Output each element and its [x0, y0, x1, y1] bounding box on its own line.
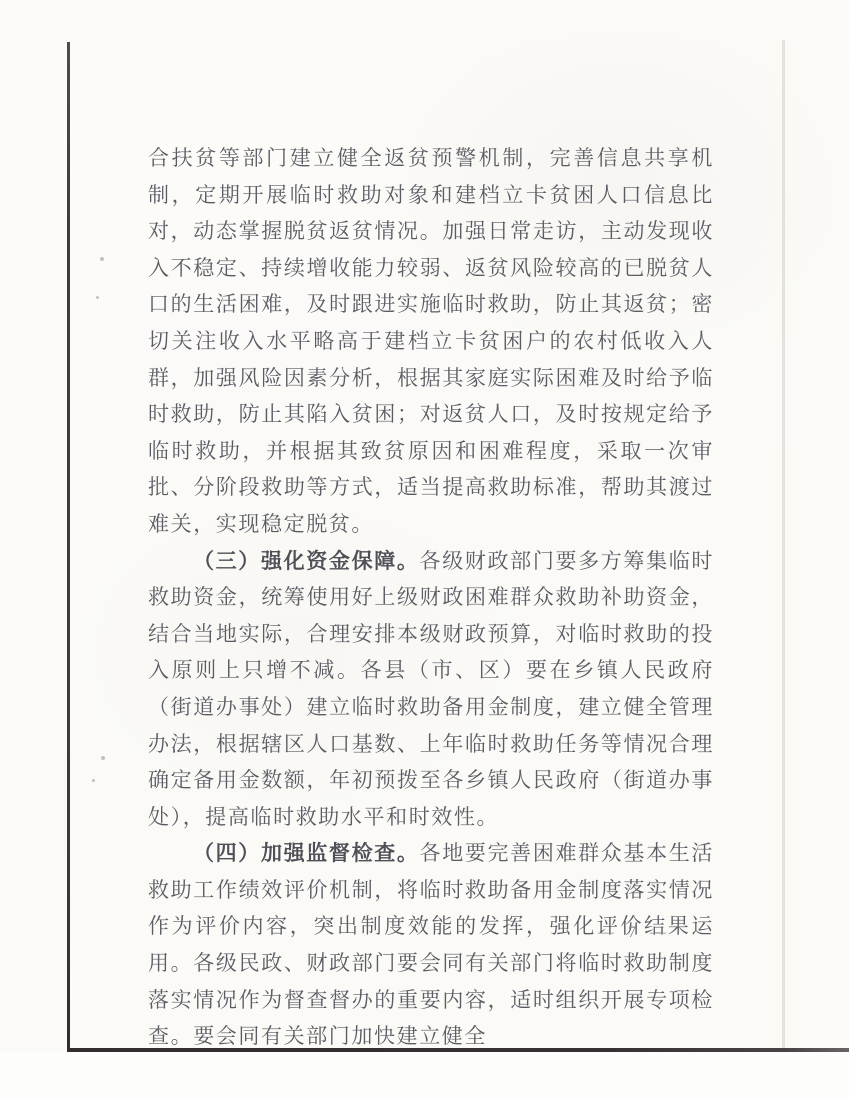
- scan-speck: [100, 257, 104, 261]
- section-4-heading: （四）加强监督检查。: [193, 841, 420, 865]
- page-right-edge-line: [782, 40, 785, 1048]
- document-page: 合扶贫等部门建立健全返贫预警机制，完善信息共享机制，定期开展临时救助对象和建档立…: [0, 0, 849, 1100]
- scan-speck: [101, 756, 105, 760]
- page-number: — 7 —: [598, 924, 758, 942]
- scan-speck: [92, 779, 95, 782]
- section-3-heading: （三）强化资金保障。: [193, 549, 420, 573]
- page-left-edge-line: [67, 42, 70, 1052]
- document-body-text: 合扶贫等部门建立健全返贫预警机制，完善信息共享机制，定期开展临时救助对象和建档立…: [148, 140, 714, 1055]
- paragraph-continuation: 合扶贫等部门建立健全返贫预警机制，完善信息共享机制，定期开展临时救助对象和建档立…: [148, 140, 714, 543]
- scan-speck: [96, 296, 99, 299]
- paragraph-section-4: （四）加强监督检查。各地要完善困难群众基本生活救助工作绩效评价机制，将临时救助备…: [148, 835, 714, 1055]
- paragraph-text: 合扶贫等部门建立健全返贫预警机制，完善信息共享机制，定期开展临时救助对象和建档立…: [148, 146, 714, 536]
- paragraph-text: 各地要完善困难群众基本生活救助工作绩效评价机制，将临时救助备用金制度落实情况作为…: [148, 841, 714, 1048]
- scan-background: [0, 1052, 849, 1100]
- paragraph-text: 各级财政部门要多方筹集临时救助资金，统筹使用好上级财政困难群众救助补助资金，结合…: [148, 549, 714, 829]
- paragraph-section-3: （三）强化资金保障。各级财政部门要多方筹集临时救助资金，统筹使用好上级财政困难群…: [148, 543, 714, 836]
